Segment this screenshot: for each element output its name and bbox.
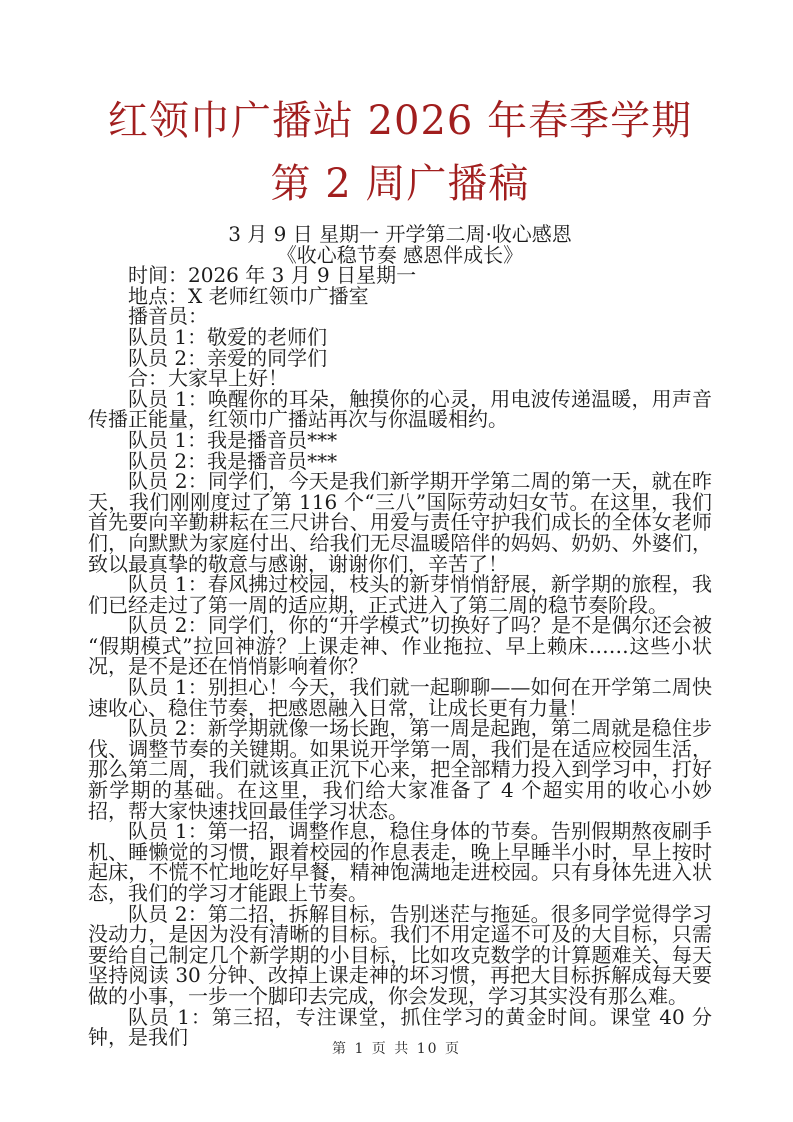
paragraph: 合：大家早上好！ xyxy=(88,368,712,389)
subtitle-episode-title: 《收心稳节奏 感恩伴成长》 xyxy=(88,245,712,266)
paragraph: 队员 1：唤醒你的耳朵，触摸你的心灵，用电波传递温暖，用声音传播正能量，红领巾广… xyxy=(88,389,712,430)
paragraph: 队员 1：第一招，调整作息，稳住身体的节奏。告别假期熬夜刷手机、睡懒觉的习惯，跟… xyxy=(88,821,712,903)
document-subtitle: 3 月 9 日 星期一 开学第二周·收心感恩 《收心稳节奏 感恩伴成长》 xyxy=(88,224,712,265)
paragraph: 队员 1：我是播音员*** xyxy=(88,430,712,451)
paragraph: 队员 2：我是播音员*** xyxy=(88,451,712,472)
paragraph: 队员 1：敬爱的老师们 xyxy=(88,327,712,348)
subtitle-date-theme: 3 月 9 日 星期一 开学第二周·收心感恩 xyxy=(88,224,712,245)
paragraph: 队员 2：新学期就像一场长跑，第一周是起跑，第二周就是稳住步伐、调整节奏的关键期… xyxy=(88,718,712,821)
paragraph: 队员 2：同学们，今天是我们新学期开学第二周的第一天，就在昨天，我们刚刚度过了第… xyxy=(88,471,712,574)
document-title: 红领巾广播站 2026 年春季学期 第 2 周广播稿 xyxy=(88,90,712,216)
paragraph-time: 时间：2026 年 3 月 9 日星期一 xyxy=(88,265,712,286)
document-content: 红领巾广播站 2026 年春季学期 第 2 周广播稿 3 月 9 日 星期一 开… xyxy=(88,90,712,1048)
script-body: 时间：2026 年 3 月 9 日星期一 地点：X 老师红领巾广播室 播音员： … xyxy=(88,265,712,1048)
paragraph: 队员 1：别担心！今天，我们就一起聊聊——如何在开学第二周快速收心、稳住节奏，把… xyxy=(88,677,712,718)
paragraph: 队员 2：同学们，你的“开学模式”切换好了吗？是不是偶尔还会被“假期模式”拉回神… xyxy=(88,615,712,677)
document-title-line-2: 第 2 周广播稿 xyxy=(88,153,712,216)
document-page: 红领巾广播站 2026 年春季学期 第 2 周广播稿 3 月 9 日 星期一 开… xyxy=(0,0,793,1122)
paragraph: 队员 1：春风拂过校园，枝头的新芽悄悄舒展，新学期的旅程，我们已经走过了第一周的… xyxy=(88,574,712,615)
page-footer: 第 1 页 共 10 页 xyxy=(0,1038,793,1058)
paragraph: 队员 2：亲爱的同学们 xyxy=(88,348,712,369)
page-number: 第 1 页 共 10 页 xyxy=(332,1041,461,1057)
paragraph: 队员 2：第二招，拆解目标，告别迷茫与拖延。很多同学觉得学习没动力，是因为没有清… xyxy=(88,904,712,1007)
paragraph-announcer-label: 播音员： xyxy=(88,306,712,327)
paragraph-location: 地点：X 老师红领巾广播室 xyxy=(88,286,712,307)
document-title-line-1: 红领巾广播站 2026 年春季学期 xyxy=(88,90,712,153)
